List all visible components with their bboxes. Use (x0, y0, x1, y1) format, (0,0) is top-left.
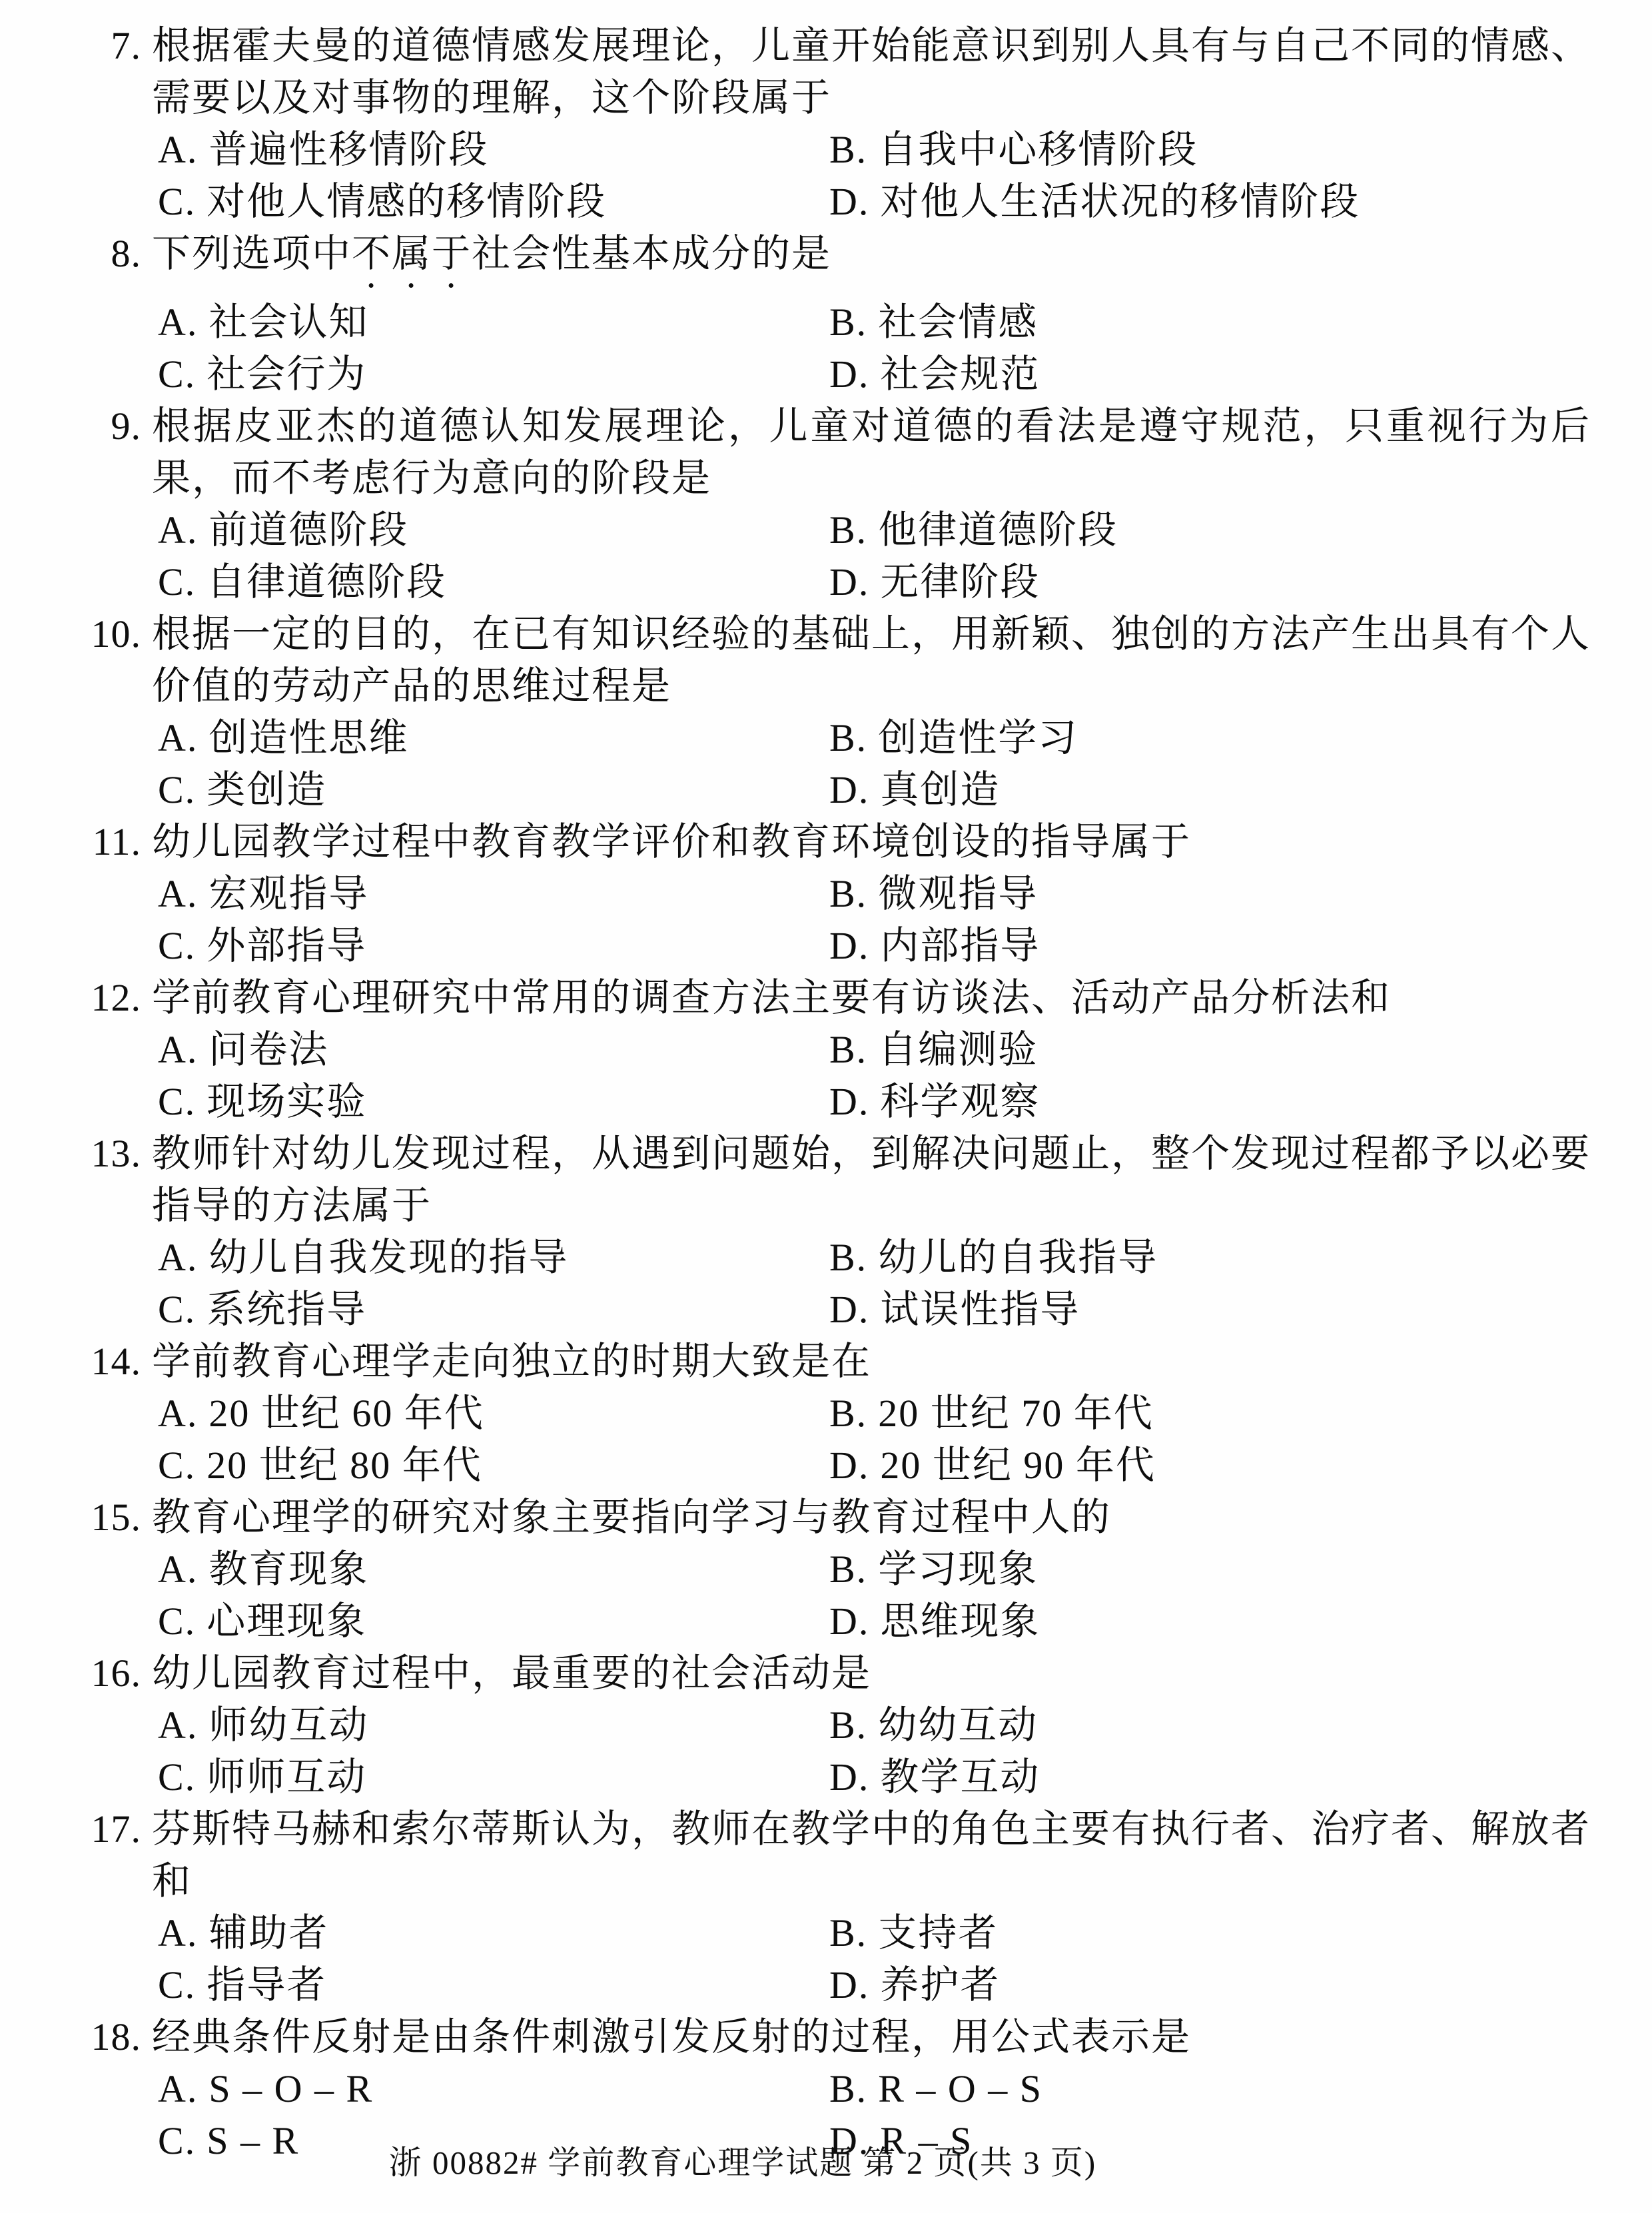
option-a: A.辅助者 (158, 1907, 829, 1959)
option-text: 现场实验 (206, 1080, 366, 1123)
option-text: 试误性指导 (880, 1288, 1080, 1331)
question-number: 13. (0, 1128, 141, 1180)
option-label: D. (829, 924, 869, 967)
option-text: 教育现象 (208, 1548, 368, 1591)
option-label: B. (829, 508, 867, 552)
option-label: C. (158, 924, 196, 967)
question-8: 8. 下列选项中不属于社会性基本成分的是 A.社会认知 B.社会情感 C.社会行… (0, 228, 1591, 400)
option-text: 教学互动 (880, 1755, 1040, 1799)
option-text: 无律阶段 (880, 560, 1040, 604)
options: A.普遍性移情阶段 B.自我中心移情阶段 C.对他人情感的移情阶段 D.对他人生… (158, 124, 1591, 228)
option-text: 自编测验 (878, 1028, 1038, 1071)
option-label: B. (829, 2067, 867, 2110)
question-number: 12. (0, 972, 141, 1024)
option-b: B.支持者 (829, 1907, 1591, 1959)
question-stem: 教育心理学的研究对象主要指向学习与教育过程中人的 (152, 1492, 1591, 1544)
option-text: 科学观察 (880, 1080, 1040, 1123)
options: A.教育现象 B.学习现象 C.心理现象 D.思维现象 (158, 1544, 1591, 1647)
question-14: 14. 学前教育心理学走向独立的时期大致是在 A.20 世纪 60 年代 B.2… (0, 1336, 1591, 1492)
option-a: A.问卷法 (158, 1024, 829, 1076)
option-text: 20 世纪 60 年代 (208, 1392, 484, 1435)
option-d: D.真创造 (829, 764, 1591, 816)
question-number: 10. (0, 608, 141, 660)
option-label: C. (158, 352, 196, 396)
option-text: 社会情感 (878, 300, 1038, 344)
question-9: 9. 根据皮亚杰的道德认知发展理论，儿童对道德的看法是遵守规范，只重视行为后果，… (0, 400, 1591, 608)
option-text: 他律道德阶段 (878, 508, 1118, 552)
question-number: 16. (0, 1647, 141, 1699)
option-c: C.社会行为 (158, 348, 829, 400)
option-d: D.教学互动 (829, 1751, 1591, 1803)
option-c: C.20 世纪 80 年代 (158, 1440, 829, 1492)
option-text: 问卷法 (208, 1028, 328, 1071)
question-number: 14. (0, 1336, 141, 1388)
option-a: A.前道德阶段 (158, 504, 829, 556)
option-c: C.师师互动 (158, 1751, 829, 1803)
options: A.创造性思维 B.创造性学习 C.类创造 D.真创造 (158, 712, 1591, 816)
option-text: R – O – S (878, 2067, 1042, 2110)
option-c: C.外部指导 (158, 920, 829, 972)
option-c: C.对他人情感的移情阶段 (158, 176, 829, 228)
option-c: C.指导者 (158, 1959, 829, 2011)
option-text: 思维现象 (880, 1599, 1040, 1643)
option-text: 幼儿自我发现的指导 (208, 1236, 568, 1279)
option-label: B. (829, 1548, 867, 1591)
option-text: 师幼互动 (208, 1703, 368, 1747)
exam-page: 7. 根据霍夫曼的道德情感发展理论，儿童开始能意识到别人具有与自己不同的情感、需… (0, 0, 1652, 2213)
option-b: B.创造性学习 (829, 712, 1591, 764)
stem-emphasized-text: 不属于 (352, 232, 472, 275)
question-number: 18. (0, 2011, 141, 2063)
question-15: 15. 教育心理学的研究对象主要指向学习与教育过程中人的 A.教育现象 B.学习… (0, 1492, 1591, 1647)
option-text: 社会行为 (206, 352, 366, 396)
option-text: 宏观指导 (208, 872, 368, 915)
option-b: B.社会情感 (829, 296, 1591, 348)
option-label: D. (829, 1080, 869, 1123)
option-a: A.社会认知 (158, 296, 829, 348)
option-label: D. (829, 1599, 869, 1643)
option-b: B.自我中心移情阶段 (829, 124, 1591, 176)
option-label: D. (829, 768, 869, 811)
option-label: A. (158, 1236, 198, 1279)
options: A.幼儿自我发现的指导 B.幼儿的自我指导 C.系统指导 D.试误性指导 (158, 1232, 1591, 1336)
option-label: C. (158, 1080, 196, 1123)
option-text: 辅助者 (208, 1911, 328, 1955)
option-text: 支持者 (878, 1911, 998, 1955)
page-footer-text: 浙 00882# 学前教育心理学试题 第 2 页(共 3 页) (389, 2144, 1096, 2181)
option-text: S – O – R (208, 2067, 373, 2110)
question-stem: 根据皮亚杰的道德认知发展理论，儿童对道德的看法是遵守规范，只重视行为后果，而不考… (152, 400, 1591, 504)
option-text: 指导者 (206, 1963, 326, 2006)
option-b: B.自编测验 (829, 1024, 1591, 1076)
option-text: 20 世纪 90 年代 (880, 1444, 1156, 1487)
option-text: 普遍性移情阶段 (208, 128, 488, 171)
option-text: 自律道德阶段 (206, 560, 446, 604)
option-label: D. (829, 352, 869, 396)
option-a: A.宏观指导 (158, 868, 829, 920)
question-stem: 幼儿园教育过程中，最重要的社会活动是 (152, 1647, 1591, 1699)
option-label: C. (158, 1963, 196, 2006)
option-label: D. (829, 1288, 869, 1331)
option-a: A.幼儿自我发现的指导 (158, 1232, 829, 1284)
question-number: 11. (0, 816, 141, 868)
option-d: D.对他人生活状况的移情阶段 (829, 176, 1591, 228)
question-number: 7. (0, 20, 141, 72)
option-label: D. (829, 560, 869, 604)
option-text: 类创造 (206, 768, 326, 811)
option-label: C. (158, 1755, 196, 1799)
option-b: B.幼幼互动 (829, 1699, 1591, 1751)
option-label: C. (158, 768, 196, 811)
option-a: A.创造性思维 (158, 712, 829, 764)
option-d: D.思维现象 (829, 1595, 1591, 1647)
option-label: A. (158, 1028, 198, 1071)
option-label: B. (829, 1028, 867, 1071)
option-d: D.无律阶段 (829, 556, 1591, 608)
option-b: B.幼儿的自我指导 (829, 1232, 1591, 1284)
option-text: 系统指导 (206, 1288, 366, 1331)
option-text: 幼幼互动 (878, 1703, 1038, 1747)
option-label: D. (829, 180, 869, 223)
option-a: A.普遍性移情阶段 (158, 124, 829, 176)
option-label: A. (158, 872, 198, 915)
question-stem: 教师针对幼儿发现过程，从遇到问题始，到解决问题止，整个发现过程都予以必要指导的方… (152, 1128, 1591, 1232)
option-label: D. (829, 1444, 869, 1487)
option-text: 外部指导 (206, 924, 366, 967)
option-label: B. (829, 872, 867, 915)
option-c: C.心理现象 (158, 1595, 829, 1647)
option-label: A. (158, 716, 198, 759)
option-b: B.20 世纪 70 年代 (829, 1388, 1591, 1440)
option-label: A. (158, 2067, 198, 2110)
option-d: D.科学观察 (829, 1076, 1591, 1128)
option-text: 前道德阶段 (208, 508, 408, 552)
option-label: A. (158, 128, 198, 171)
question-list: 7. 根据霍夫曼的道德情感发展理论，儿童开始能意识到别人具有与自己不同的情感、需… (0, 0, 1652, 2167)
option-label: D. (829, 1963, 869, 2006)
option-text: 对他人情感的移情阶段 (206, 180, 606, 223)
option-label: A. (158, 1392, 198, 1435)
option-a: A.教育现象 (158, 1544, 829, 1595)
option-b: B.他律道德阶段 (829, 504, 1591, 556)
option-c: C.系统指导 (158, 1284, 829, 1336)
option-b: B.微观指导 (829, 868, 1591, 920)
option-label: C. (158, 1288, 196, 1331)
option-label: C. (158, 180, 196, 223)
option-label: B. (829, 128, 867, 171)
stem-text: 社会性基本成分的是 (472, 232, 831, 275)
question-11: 11. 幼儿园教学过程中教育教学评价和教育环境创设的指导属于 A.宏观指导 B.… (0, 816, 1591, 972)
question-13: 13. 教师针对幼儿发现过程，从遇到问题始，到解决问题止，整个发现过程都予以必要… (0, 1128, 1591, 1336)
question-10: 10. 根据一定的目的，在已有知识经验的基础上，用新颖、独创的方法产生出具有个人… (0, 608, 1591, 816)
option-text: 对他人生活状况的移情阶段 (880, 180, 1360, 223)
option-label: C. (158, 1444, 196, 1487)
option-a: A.师幼互动 (158, 1699, 829, 1751)
question-number: 9. (0, 400, 141, 452)
option-text: 创造性思维 (208, 716, 408, 759)
option-text: 心理现象 (206, 1599, 366, 1643)
option-text: 幼儿的自我指导 (878, 1236, 1158, 1279)
option-text: 微观指导 (878, 872, 1038, 915)
options: A.师幼互动 B.幼幼互动 C.师师互动 D.教学互动 (158, 1699, 1591, 1803)
question-stem: 根据一定的目的，在已有知识经验的基础上，用新颖、独创的方法产生出具有个人价值的劳… (152, 608, 1591, 712)
option-text: 20 世纪 70 年代 (878, 1392, 1154, 1435)
options: A.20 世纪 60 年代 B.20 世纪 70 年代 C.20 世纪 80 年… (158, 1388, 1591, 1492)
option-d: D.社会规范 (829, 348, 1591, 400)
option-label: A. (158, 1548, 198, 1591)
options: A.辅助者 B.支持者 C.指导者 D.养护者 (158, 1907, 1591, 2011)
question-stem: 经典条件反射是由条件刺激引发反射的过程，用公式表示是 (152, 2011, 1591, 2063)
option-text: 自我中心移情阶段 (878, 128, 1198, 171)
option-a: A.S – O – R (158, 2063, 829, 2115)
option-d: D.试误性指导 (829, 1284, 1591, 1336)
option-label: B. (829, 1703, 867, 1747)
question-stem: 幼儿园教学过程中教育教学评价和教育环境创设的指导属于 (152, 816, 1591, 868)
option-label: B. (829, 716, 867, 759)
option-text: 创造性学习 (878, 716, 1078, 759)
question-stem: 学前教育心理研究中常用的调查方法主要有访谈法、活动产品分析法和 (152, 972, 1591, 1024)
question-stem: 芬斯特马赫和索尔蒂斯认为，教师在教学中的角色主要有执行者、治疗者、解放者和 (152, 1803, 1591, 1907)
option-text: 20 世纪 80 年代 (206, 1444, 482, 1487)
question-16: 16. 幼儿园教育过程中，最重要的社会活动是 A.师幼互动 B.幼幼互动 C.师… (0, 1647, 1591, 1803)
question-17: 17. 芬斯特马赫和索尔蒂斯认为，教师在教学中的角色主要有执行者、治疗者、解放者… (0, 1803, 1591, 2011)
page-footer: 浙 00882# 学前教育心理学试题 第 2 页(共 3 页) (0, 2137, 1485, 2189)
option-label: A. (158, 300, 198, 344)
option-d: D.内部指导 (829, 920, 1591, 972)
option-label: B. (829, 1236, 867, 1279)
options: A.前道德阶段 B.他律道德阶段 C.自律道德阶段 D.无律阶段 (158, 504, 1591, 608)
option-label: B. (829, 1392, 867, 1435)
option-label: A. (158, 1911, 198, 1955)
option-label: C. (158, 1599, 196, 1643)
option-label: D. (829, 1755, 869, 1799)
question-12: 12. 学前教育心理研究中常用的调查方法主要有访谈法、活动产品分析法和 A.问卷… (0, 972, 1591, 1128)
option-c: C.自律道德阶段 (158, 556, 829, 608)
options: A.问卷法 B.自编测验 C.现场实验 D.科学观察 (158, 1024, 1591, 1128)
question-number: 8. (0, 228, 141, 280)
option-text: 内部指导 (880, 924, 1040, 967)
options: A.社会认知 B.社会情感 C.社会行为 D.社会规范 (158, 296, 1591, 400)
option-text: 养护者 (880, 1963, 1000, 2006)
option-label: A. (158, 508, 198, 552)
stem-text: 下列选项中 (152, 232, 352, 275)
option-b: B.R – O – S (829, 2063, 1591, 2115)
option-d: D.20 世纪 90 年代 (829, 1440, 1591, 1492)
question-number: 15. (0, 1492, 141, 1544)
question-stem: 根据霍夫曼的道德情感发展理论，儿童开始能意识到别人具有与自己不同的情感、需要以及… (152, 20, 1591, 124)
option-c: C.类创造 (158, 764, 829, 816)
option-d: D.养护者 (829, 1959, 1591, 2011)
option-text: 师师互动 (206, 1755, 366, 1799)
option-text: 学习现象 (878, 1548, 1038, 1591)
question-stem: 下列选项中不属于社会性基本成分的是 (152, 228, 1591, 296)
option-text: 真创造 (880, 768, 1000, 811)
option-text: 社会认知 (208, 300, 368, 344)
option-c: C.现场实验 (158, 1076, 829, 1128)
option-label: B. (829, 1911, 867, 1955)
option-text: 社会规范 (880, 352, 1040, 396)
option-a: A.20 世纪 60 年代 (158, 1388, 829, 1440)
option-label: B. (829, 300, 867, 344)
options: A.宏观指导 B.微观指导 C.外部指导 D.内部指导 (158, 868, 1591, 972)
question-number: 17. (0, 1803, 141, 1855)
question-stem: 学前教育心理学走向独立的时期大致是在 (152, 1336, 1591, 1388)
option-b: B.学习现象 (829, 1544, 1591, 1595)
option-label: A. (158, 1703, 198, 1747)
option-label: C. (158, 560, 196, 604)
question-7: 7. 根据霍夫曼的道德情感发展理论，儿童开始能意识到别人具有与自己不同的情感、需… (0, 20, 1591, 228)
